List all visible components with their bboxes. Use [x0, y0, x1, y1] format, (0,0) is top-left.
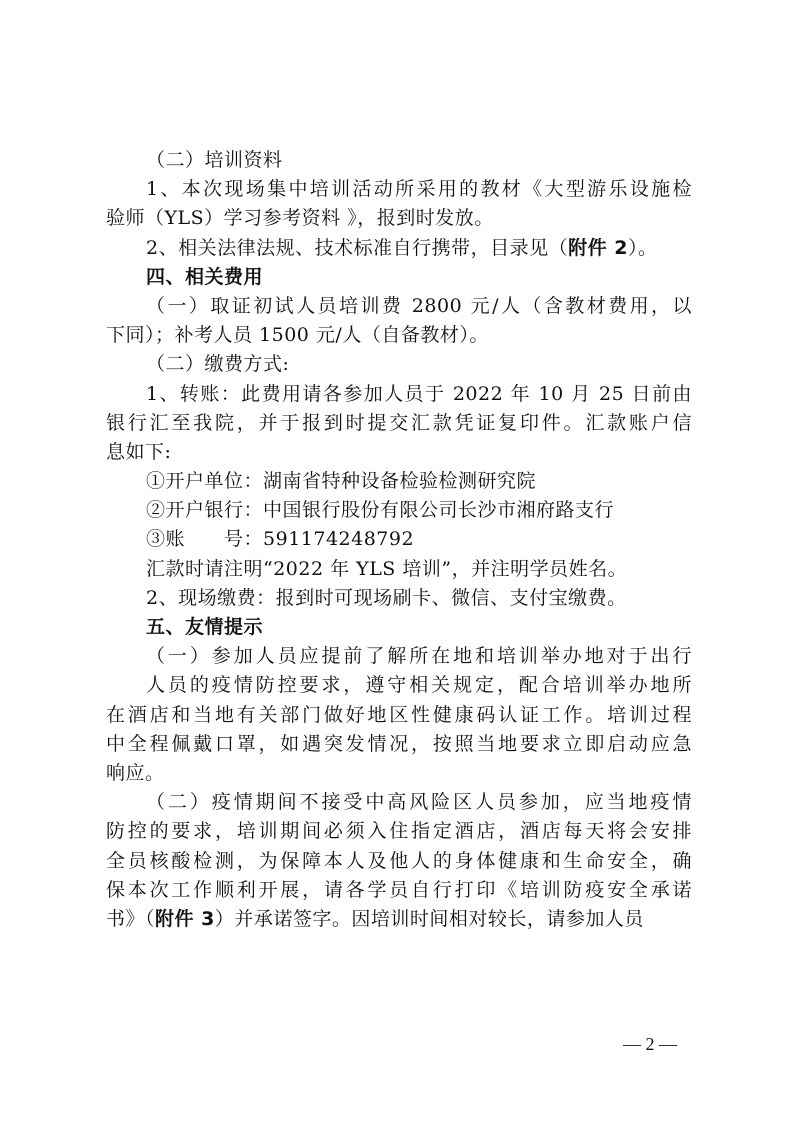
account-number: 591174248792 [263, 528, 414, 550]
paragraph-line: 保本次工作顺利开展，请各学员自行打印《培训防疫安全承诺 [106, 876, 692, 905]
text-span: 书》（ [106, 908, 155, 930]
section-heading-tips: 五、友情提示 [106, 613, 692, 642]
account-number-row: ③账 号：591174248792 [106, 525, 692, 554]
paragraph-line: 书》（附件 3）并承诺签字。因培训时间相对较长，请参加人员 [106, 905, 692, 934]
attachment-reference: 附件 3 [155, 908, 215, 930]
account-number-label: ③账 号： [146, 528, 263, 550]
paragraph-line: 人员的疫情防控要求，遵守相关规定，配合培训举办地所 [106, 671, 692, 700]
paragraph-line: 验师（YLS）学习参考资料 》，报到时发放。 [106, 204, 692, 233]
subheading-training-materials: （二）培训资料 [106, 146, 692, 175]
paragraph-line: 全员核酸检测，为保障本人及他人的身体健康和生命安全，确 [106, 847, 692, 876]
document-body: （二）培训资料 1、本次现场集中培训活动所采用的教材《大型游乐设施检 验师（YL… [106, 146, 692, 934]
text-span: 2、相关法律法规、技术标准自行携带，目录见（ [146, 237, 568, 259]
paragraph-line: 中全程佩戴口罩，如遇突发情况，按照当地要求立即启动应急 [106, 730, 692, 759]
document-page: （二）培训资料 1、本次现场集中培训活动所采用的教材《大型游乐设施检 验师（YL… [0, 0, 793, 1122]
text-span: ）并承诺签字。因培训时间相对较长，请参加人员 [215, 908, 644, 930]
attachment-reference: 附件 2 [568, 237, 628, 259]
paragraph-line: 1、转账：此费用请各参加人员于 2022 年 10 月 25 日前由 [106, 380, 692, 409]
onsite-payment: 2、现场缴费：报到时可现场刷卡、微信、支付宝缴费。 [106, 584, 692, 613]
text-span: ）。 [628, 237, 658, 259]
paragraph-line: （二）疫情期间不接受中高风险区人员参加，应当地疫情 [106, 788, 692, 817]
paragraph-line: 2、相关法律法规、技术标准自行携带，目录见（附件 2）。 [106, 234, 692, 263]
account-unit: ①开户单位：湖南省特种设备检验检测研究院 [106, 467, 692, 496]
remit-note: 汇款时请注明“2022 年 YLS 培训”，并注明学员姓名。 [106, 555, 692, 584]
subheading-payment-method: （二）缴费方式: [106, 350, 692, 379]
paragraph-line: 在酒店和当地有关部门做好地区性健康码认证工作。培训过程 [106, 701, 692, 730]
paragraph-line: 银行汇至我院，并于报到时提交汇款凭证复印件。汇款账户信 [106, 409, 692, 438]
paragraph-line: （一）取证初试人员培训费 2800 元/人（含教材费用，以 [106, 292, 692, 321]
paragraph-line: 防控的要求，培训期间必须入住指定酒店，酒店每天将会安排 [106, 817, 692, 846]
section-heading-fees: 四、相关费用 [106, 263, 692, 292]
paragraph-line: 1、本次现场集中培训活动所采用的教材《大型游乐设施检 [106, 175, 692, 204]
paragraph-line: 下同）；补考人员 1500 元/人（自备教材）。 [106, 321, 692, 350]
page-number: — 2 — [620, 1034, 680, 1055]
paragraph-line: 息如下: [106, 438, 692, 467]
account-bank: ②开户银行：中国银行股份有限公司长沙市湘府路支行 [106, 496, 692, 525]
paragraph-line: （一）参加人员应提前了解所在地和培训举办地对于出行 [106, 642, 692, 671]
paragraph-line: 响应。 [106, 759, 692, 788]
